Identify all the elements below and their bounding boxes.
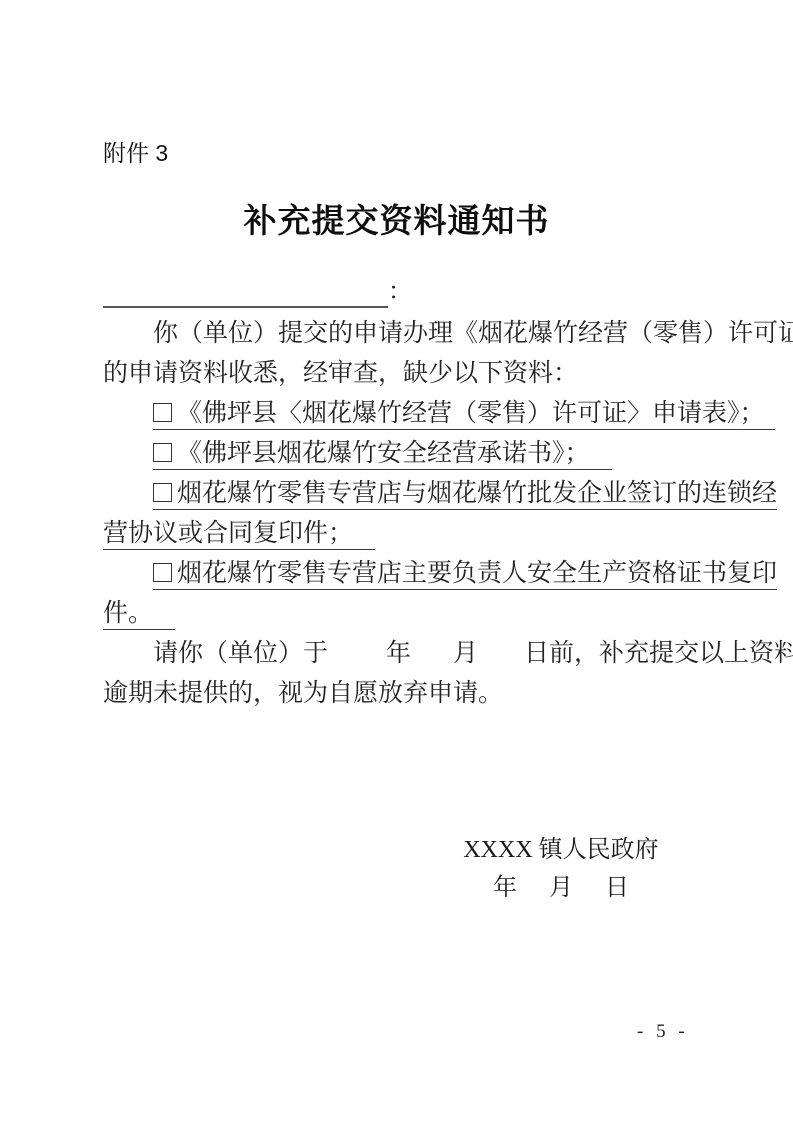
page-title: 补充提交资料通知书 [0, 202, 793, 242]
recipient-colon: ： [388, 279, 412, 305]
checklist-item-text: 营协议或合同复印件； [103, 520, 353, 547]
checklist-item: 烟花爆竹零售专营店主要负责人安全生产资格证书复印 [103, 554, 707, 594]
checkbox-icon[interactable] [153, 403, 172, 422]
checklist-item-text: 《佛坪县〈烟花爆竹经营（零售）许可证〉申请表》； [177, 400, 765, 427]
checklist-item: 烟花爆竹零售专营店与烟花爆竹批发企业签订的连锁经 [103, 474, 707, 514]
checklist-item-text: 《佛坪县烟花爆竹安全经营承诺书》； [177, 440, 590, 467]
intro-line: 的申请资料收悉，经审查，缺少以下资料： [103, 354, 707, 394]
deadline-line: 请你（单位）于年月日前，补充提交以上资料。 [103, 634, 707, 674]
deadline-suffix: 日前，补充提交以上资料。 [524, 640, 793, 667]
notice-body: 你（单位）提交的申请办理《烟花爆竹经营（零售）许可证》 的申请资料收悉，经审查，… [103, 314, 707, 714]
deadline-prefix: 请你（单位）于 [153, 640, 328, 667]
issuer-name: XXXX 镇人民政府 [435, 832, 687, 868]
recipient-blank-field[interactable] [103, 282, 388, 308]
checkbox-icon[interactable] [153, 483, 172, 502]
checklist-item-text: 烟花爆竹零售专营店与烟花爆竹批发企业签订的连锁经 [177, 480, 777, 507]
day-label: 日 [605, 875, 629, 901]
year-label: 年 [386, 640, 411, 667]
intro-line: 你（单位）提交的申请办理《烟花爆竹经营（零售）许可证》 [103, 314, 707, 354]
checklist-item-text: 烟花爆竹零售专营店主要负责人安全生产资格证书复印 [177, 560, 777, 587]
attachment-label: 附件 3 [103, 140, 793, 166]
month-label: 月 [549, 875, 573, 901]
deadline-line: 逾期未提供的，视为自愿放弃申请。 [103, 674, 707, 714]
page-number: - 5 - [637, 1021, 689, 1043]
document-page: 附件 3 补充提交资料通知书 ： 你（单位）提交的申请办理《烟花爆竹经营（零售）… [0, 140, 793, 908]
recipient-line: ： [103, 276, 705, 308]
checkbox-icon[interactable] [153, 443, 172, 462]
month-label: 月 [453, 640, 478, 667]
checklist-item: 《佛坪县烟花爆竹安全经营承诺书》； [103, 434, 707, 474]
checklist-item-continuation: 营协议或合同复印件； [103, 514, 707, 554]
checkbox-icon[interactable] [153, 563, 172, 582]
checklist-item-text: 件。 [103, 600, 153, 627]
checklist-item-continuation: 件。 [103, 594, 707, 634]
signature-block: XXXX 镇人民政府 年月日 [435, 832, 687, 908]
checklist-item: 《佛坪县〈烟花爆竹经营（零售）许可证〉申请表》； [103, 394, 707, 434]
signature-date-line: 年月日 [435, 868, 687, 908]
year-label: 年 [493, 875, 517, 901]
